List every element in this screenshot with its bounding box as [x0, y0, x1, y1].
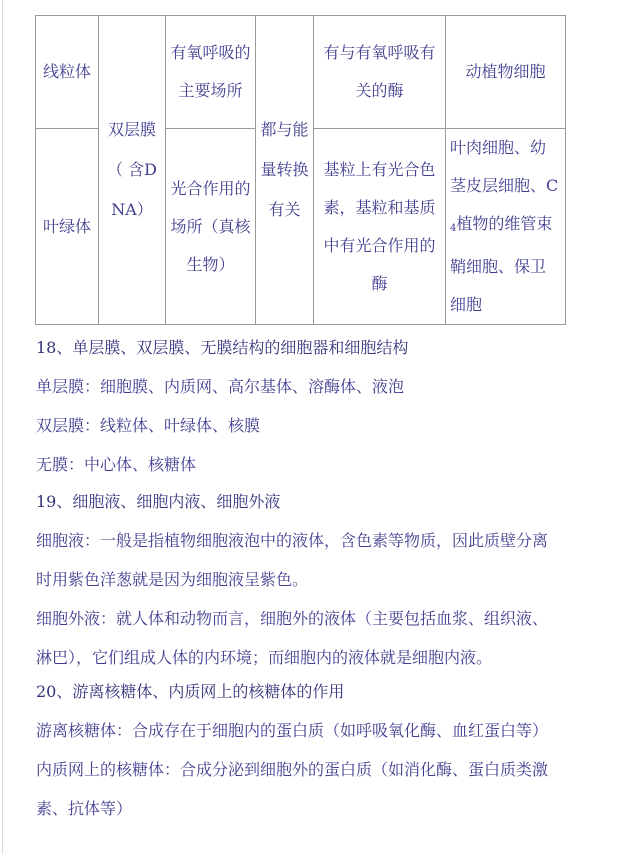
cell-organelle-mitochondria: 线粒体 — [36, 16, 99, 129]
cell-function-mitochondria: 有氧呼吸的主要场所 — [166, 16, 256, 129]
organelle-comparison-table: 线粒体 双层膜（ 含DNA） 有氧呼吸的主要场所 都与能量转换有关 有与有氧呼吸… — [35, 15, 566, 325]
cell-enzymes-mitochondria: 有与有氧呼吸有关的酶 — [314, 16, 446, 129]
paragraph-line: 内质网上的核糖体：合成分泌到细胞外的蛋白质（如消化酶、蛋白质类激 — [36, 750, 616, 789]
paragraph-line: 单层膜：细胞膜、内质网、高尔基体、溶酶体、液泡 — [36, 367, 616, 406]
table-row-mitochondria: 线粒体 双层膜（ 含DNA） 有氧呼吸的主要场所 都与能量转换有关 有与有氧呼吸… — [36, 16, 566, 129]
cell-function-chloroplast: 光合作用的场所（真核生物） — [166, 129, 256, 325]
paragraph-line: 时用紫色洋葱就是因为细胞液呈紫色。 — [36, 560, 616, 599]
section-19: 19、细胞液、细胞内液、细胞外液 细胞液：一般是指植物细胞液泡中的液体，含色素等… — [36, 482, 616, 677]
section-20: 20、游离核糖体、内质网上的核糖体的作用 游离核糖体：合成存在于细胞内的蛋白质（… — [36, 672, 616, 828]
paragraph-line: 细胞外液：就人体和动物而言，细胞外的液体（主要包括血浆、组织液、 — [36, 599, 616, 638]
section-18: 18、单层膜、双层膜、无膜结构的细胞器和细胞结构 单层膜：细胞膜、内质网、高尔基… — [36, 328, 616, 484]
paragraph-line: 无膜：中心体、核糖体 — [36, 445, 616, 484]
paragraph-line: 游离核糖体：合成存在于细胞内的蛋白质（如呼吸氧化酶、血红蛋白等） — [36, 711, 616, 750]
cell-common-energy: 都与能量转换有关 — [256, 16, 314, 325]
page-edge-divider — [2, 0, 3, 854]
cell-enzymes-chloroplast: 基粒上有光合色素，基粒和基质中有光合作用的酶 — [314, 129, 446, 325]
section-heading: 18、单层膜、双层膜、无膜结构的细胞器和细胞结构 — [36, 328, 616, 367]
cells-text-part1: 叶肉细胞、幼茎皮层细胞、C — [450, 138, 558, 195]
cell-cells-chloroplast: 叶肉细胞、幼茎皮层细胞、C4植物的维管束鞘细胞、保卫细胞 — [446, 129, 566, 325]
cells-text-part2: 植物的维管束鞘细胞、保卫细胞 — [450, 214, 552, 314]
section-heading: 19、细胞液、细胞内液、细胞外液 — [36, 482, 616, 521]
paragraph-line: 双层膜：线粒体、叶绿体、核膜 — [36, 406, 616, 445]
cell-organelle-chloroplast: 叶绿体 — [36, 129, 99, 325]
paragraph-line: 细胞液：一般是指植物细胞液泡中的液体，含色素等物质，因此质壁分离 — [36, 521, 616, 560]
cell-membrane-double: 双层膜（ 含DNA） — [99, 16, 166, 325]
cell-cells-mitochondria: 动植物细胞 — [446, 16, 566, 129]
section-heading: 20、游离核糖体、内质网上的核糖体的作用 — [36, 672, 616, 711]
paragraph-line: 素、抗体等） — [36, 789, 616, 828]
